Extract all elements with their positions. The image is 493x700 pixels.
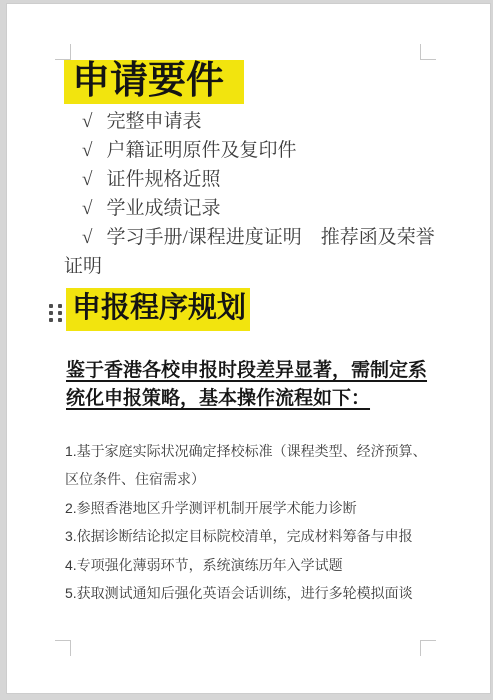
checklist-item: √完整申请表 xyxy=(64,107,451,136)
checklist-item: √学业成绩记录 xyxy=(64,194,451,223)
requirements-checklist: √完整申请表 √户籍证明原件及复印件 √证件规格近照 √学业成绩记录 √学习手册… xyxy=(64,107,451,281)
checkmark-icon: √ xyxy=(82,169,92,190)
checklist-item-label: 户籍证明原件及复印件 xyxy=(106,140,296,161)
procedure-intro-paragraph: 鉴于香港各校申报时段差异显著，需制定系统化申报策略，基本操作流程如下： xyxy=(66,357,436,413)
procedure-steps-list: 1.基于家庭实际状况确定择校标准（课程类型、经济预算、区位条件、住宿需求） 2.… xyxy=(65,437,433,607)
section-requirements-title: 申请要件 xyxy=(64,60,244,104)
checklist-item-label: 学业成绩记录 xyxy=(106,198,220,219)
checklist-item: √户籍证明原件及复印件 xyxy=(64,136,451,165)
checklist-item-label: 学习手册/课程进度证明 推荐函及荣誉证明 xyxy=(64,227,435,277)
margin-crop-mark-bottom-right xyxy=(420,640,436,656)
procedure-step: 5.获取测试通知后强化英语会话训练，进行多轮模拟面谈 xyxy=(65,579,433,607)
margin-crop-mark-top-right xyxy=(420,44,436,60)
procedure-step: 2.参照香港地区升学测评机制开展学术能力诊断 xyxy=(65,494,433,522)
procedure-step: 3.依据诊断结论拟定目标院校清单，完成材料筹备与申报 xyxy=(65,522,433,550)
margin-crop-mark-top-left xyxy=(55,44,71,60)
paragraph-drag-handle-icon[interactable] xyxy=(47,302,64,323)
margin-crop-mark-bottom-left xyxy=(55,640,71,656)
checklist-item-label: 证件规格近照 xyxy=(106,169,220,190)
checklist-item: √证件规格近照 xyxy=(64,165,451,194)
checkmark-icon: √ xyxy=(82,140,92,161)
checkmark-icon: √ xyxy=(82,111,92,132)
section-requirements-heading: 申请要件 xyxy=(64,60,244,104)
procedure-step: 4.专项强化薄弱环节，系统演练历年入学试题 xyxy=(65,551,433,579)
document-page: 申请要件 √完整申请表 √户籍证明原件及复印件 √证件规格近照 √学业成绩记录 … xyxy=(6,3,491,694)
procedure-step: 1.基于家庭实际状况确定择校标准（课程类型、经济预算、区位条件、住宿需求） xyxy=(65,437,433,494)
checklist-item: √学习手册/课程进度证明 推荐函及荣誉证明 xyxy=(64,223,451,281)
checklist-item-label: 完整申请表 xyxy=(106,111,201,132)
section-procedure-heading: 申报程序规划 xyxy=(66,288,250,331)
section-procedure-title: 申报程序规划 xyxy=(66,288,250,331)
checkmark-icon: √ xyxy=(82,227,92,248)
checkmark-icon: √ xyxy=(82,198,92,219)
